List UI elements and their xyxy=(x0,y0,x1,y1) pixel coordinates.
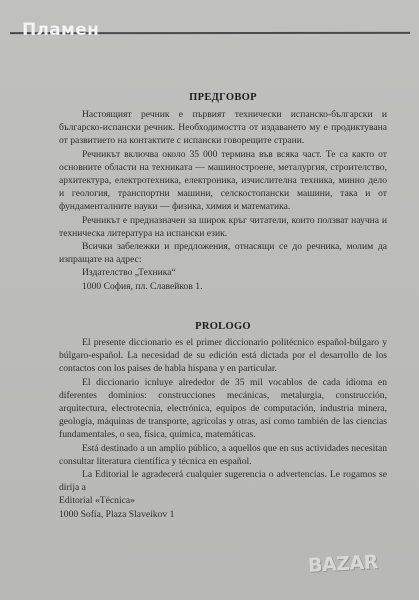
paragraph: Настоящият речник е първият технически и… xyxy=(59,108,387,148)
address-line: 1000 София, пл. Славейков 1. xyxy=(59,280,387,293)
scanned-page: Пламен ПРЕДГОВОР Настоящият речник е пър… xyxy=(0,0,419,600)
address-line: Editorial «Técnica» xyxy=(59,494,387,507)
watermark-seller-name: Пламен xyxy=(22,20,99,40)
paragraph: Está destinado a un amplio público, a aq… xyxy=(59,442,387,468)
preface-spanish: PROLOGO El presente diccionario es el pr… xyxy=(59,321,387,521)
preface-bulgarian: ПРЕДГОВОР Настоящият речник е първият те… xyxy=(59,92,387,293)
paragraph: El presente diccionario es el primer dic… xyxy=(59,336,387,376)
paragraph: Речникът е предназначен за широк кръг чи… xyxy=(59,214,387,240)
address-line: Издателство „Техника“ xyxy=(59,266,387,279)
watermark-bazar-logo: BAZAR xyxy=(307,551,378,577)
address-line: 1000 Sofía, Plaza Slaveikov 1 xyxy=(59,508,387,521)
paragraph: La Editorial le agradecerá cualquier sug… xyxy=(59,468,387,494)
paragraph: El diccionario icnluye alrededor de 35 m… xyxy=(59,376,387,442)
preface-heading-es: PROLOGO xyxy=(59,321,387,332)
paragraph: Речникът включва около 35 000 термина въ… xyxy=(59,148,387,214)
paragraph: Всички забележки и предложения, отнасящи… xyxy=(59,240,387,266)
preface-heading-bg: ПРЕДГОВОР xyxy=(59,92,387,103)
